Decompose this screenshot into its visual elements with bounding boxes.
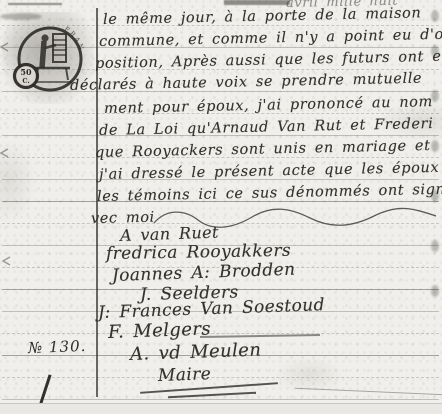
scan-artifact (8, 3, 62, 5)
edge-chevron-mark-icon (2, 256, 12, 266)
scan-artifact (431, 140, 439, 152)
signature-witness: F. Melgers (108, 318, 212, 343)
stamp-denomination-value: 50 (20, 67, 32, 77)
ruled-line (2, 399, 439, 400)
scan-edge-strip (0, 403, 442, 414)
edge-chevron-mark-icon (0, 148, 10, 158)
scan-artifact (431, 285, 439, 297)
scanned-document-page: FRAN 50 C. avril mille huit le même jour… (0, 0, 442, 414)
scan-artifact (431, 10, 439, 22)
act-number: № 130. (28, 337, 87, 357)
ruled-line (2, 377, 439, 378)
scan-artifact (224, 0, 290, 5)
ruled-line (2, 333, 439, 334)
scan-artifact (431, 240, 439, 252)
signature-title: Maire (158, 364, 212, 386)
stamp-denomination-unit: C. (22, 77, 29, 85)
